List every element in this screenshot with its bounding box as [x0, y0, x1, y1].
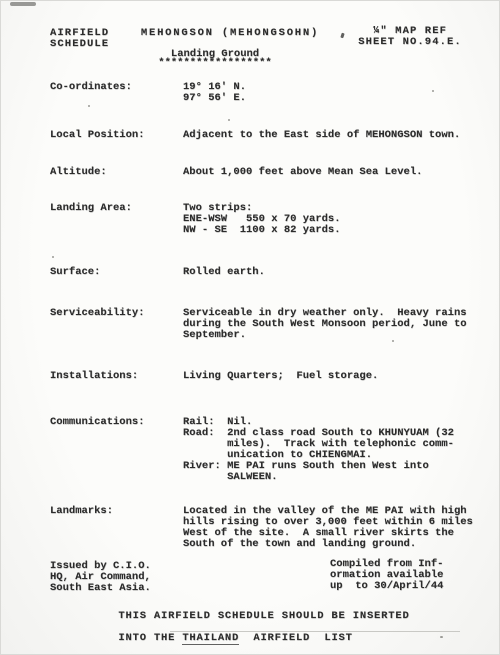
scan-speck: [52, 256, 54, 258]
field-label: Communications:: [50, 417, 145, 428]
document-type: AIRFIELD SCHEDULE: [50, 28, 109, 50]
note-line1: THIS AIRFIELD SCHEDULE SHOULD BE INSERTE…: [118, 610, 409, 622]
scan-speck: [440, 636, 443, 638]
scan-speck: [432, 90, 434, 92]
note-line2-suffix: AIRFIELD LIST: [239, 632, 353, 644]
compiled-from: Compiled from Inf- ormation available up…: [330, 559, 443, 592]
airfield-schedule-document: AIRFIELD SCHEDULE MEHONGSON (MEHONGSOHN)…: [0, 0, 500, 655]
field-value: Two strips: ENE-WSW 550 x 70 yards. NW -…: [183, 203, 341, 236]
field-label: Landing Area:: [50, 203, 132, 214]
issued-by: Issued by C.I.O. HQ, Air Command, South …: [50, 561, 151, 594]
field-value: Rolled earth.: [183, 267, 265, 278]
field-label: Surface:: [50, 267, 100, 278]
field-label: Co-ordinates:: [50, 82, 132, 93]
field-label: Altitude:: [50, 167, 107, 178]
field-value: 19° 16' N. 97° 56' E.: [183, 82, 246, 104]
field-label: Serviceability:: [50, 308, 145, 319]
note-thailand-underlined: THAILAND: [182, 632, 239, 645]
map-ref: ¼" MAP REF SHEET NO.94.E.: [350, 26, 470, 48]
subtitle-underline: ******************: [130, 59, 300, 68]
field-value: Located in the valley of the ME PAI with…: [183, 506, 473, 550]
page-title: MEHONGSON (MEHONGSOHN): [118, 28, 342, 39]
note-line2-prefix: INTO THE: [118, 632, 182, 644]
field-value: Rail: Nil. Road: 2nd class road South to…: [183, 417, 454, 483]
field-value: Serviceable in dry weather only. Heavy r…: [183, 308, 467, 341]
scan-speck: [88, 105, 90, 107]
field-value: Living Quarters; Fuel storage.: [183, 371, 378, 382]
insertion-note: THIS AIRFIELD SCHEDULE SHOULD BE INSERTE…: [90, 600, 410, 655]
scan-speck: [228, 119, 230, 121]
scan-smudge: [10, 2, 36, 6]
field-label: Local Position:: [50, 130, 145, 141]
subtitle-block: Landing Ground ******************: [130, 50, 300, 68]
field-value: Adjacent to the East side of MEHONGSON t…: [183, 130, 460, 141]
field-label: Installations:: [50, 371, 138, 382]
field-label: Landmarks:: [50, 506, 113, 517]
field-value: About 1,000 feet above Mean Sea Level.: [183, 167, 422, 178]
